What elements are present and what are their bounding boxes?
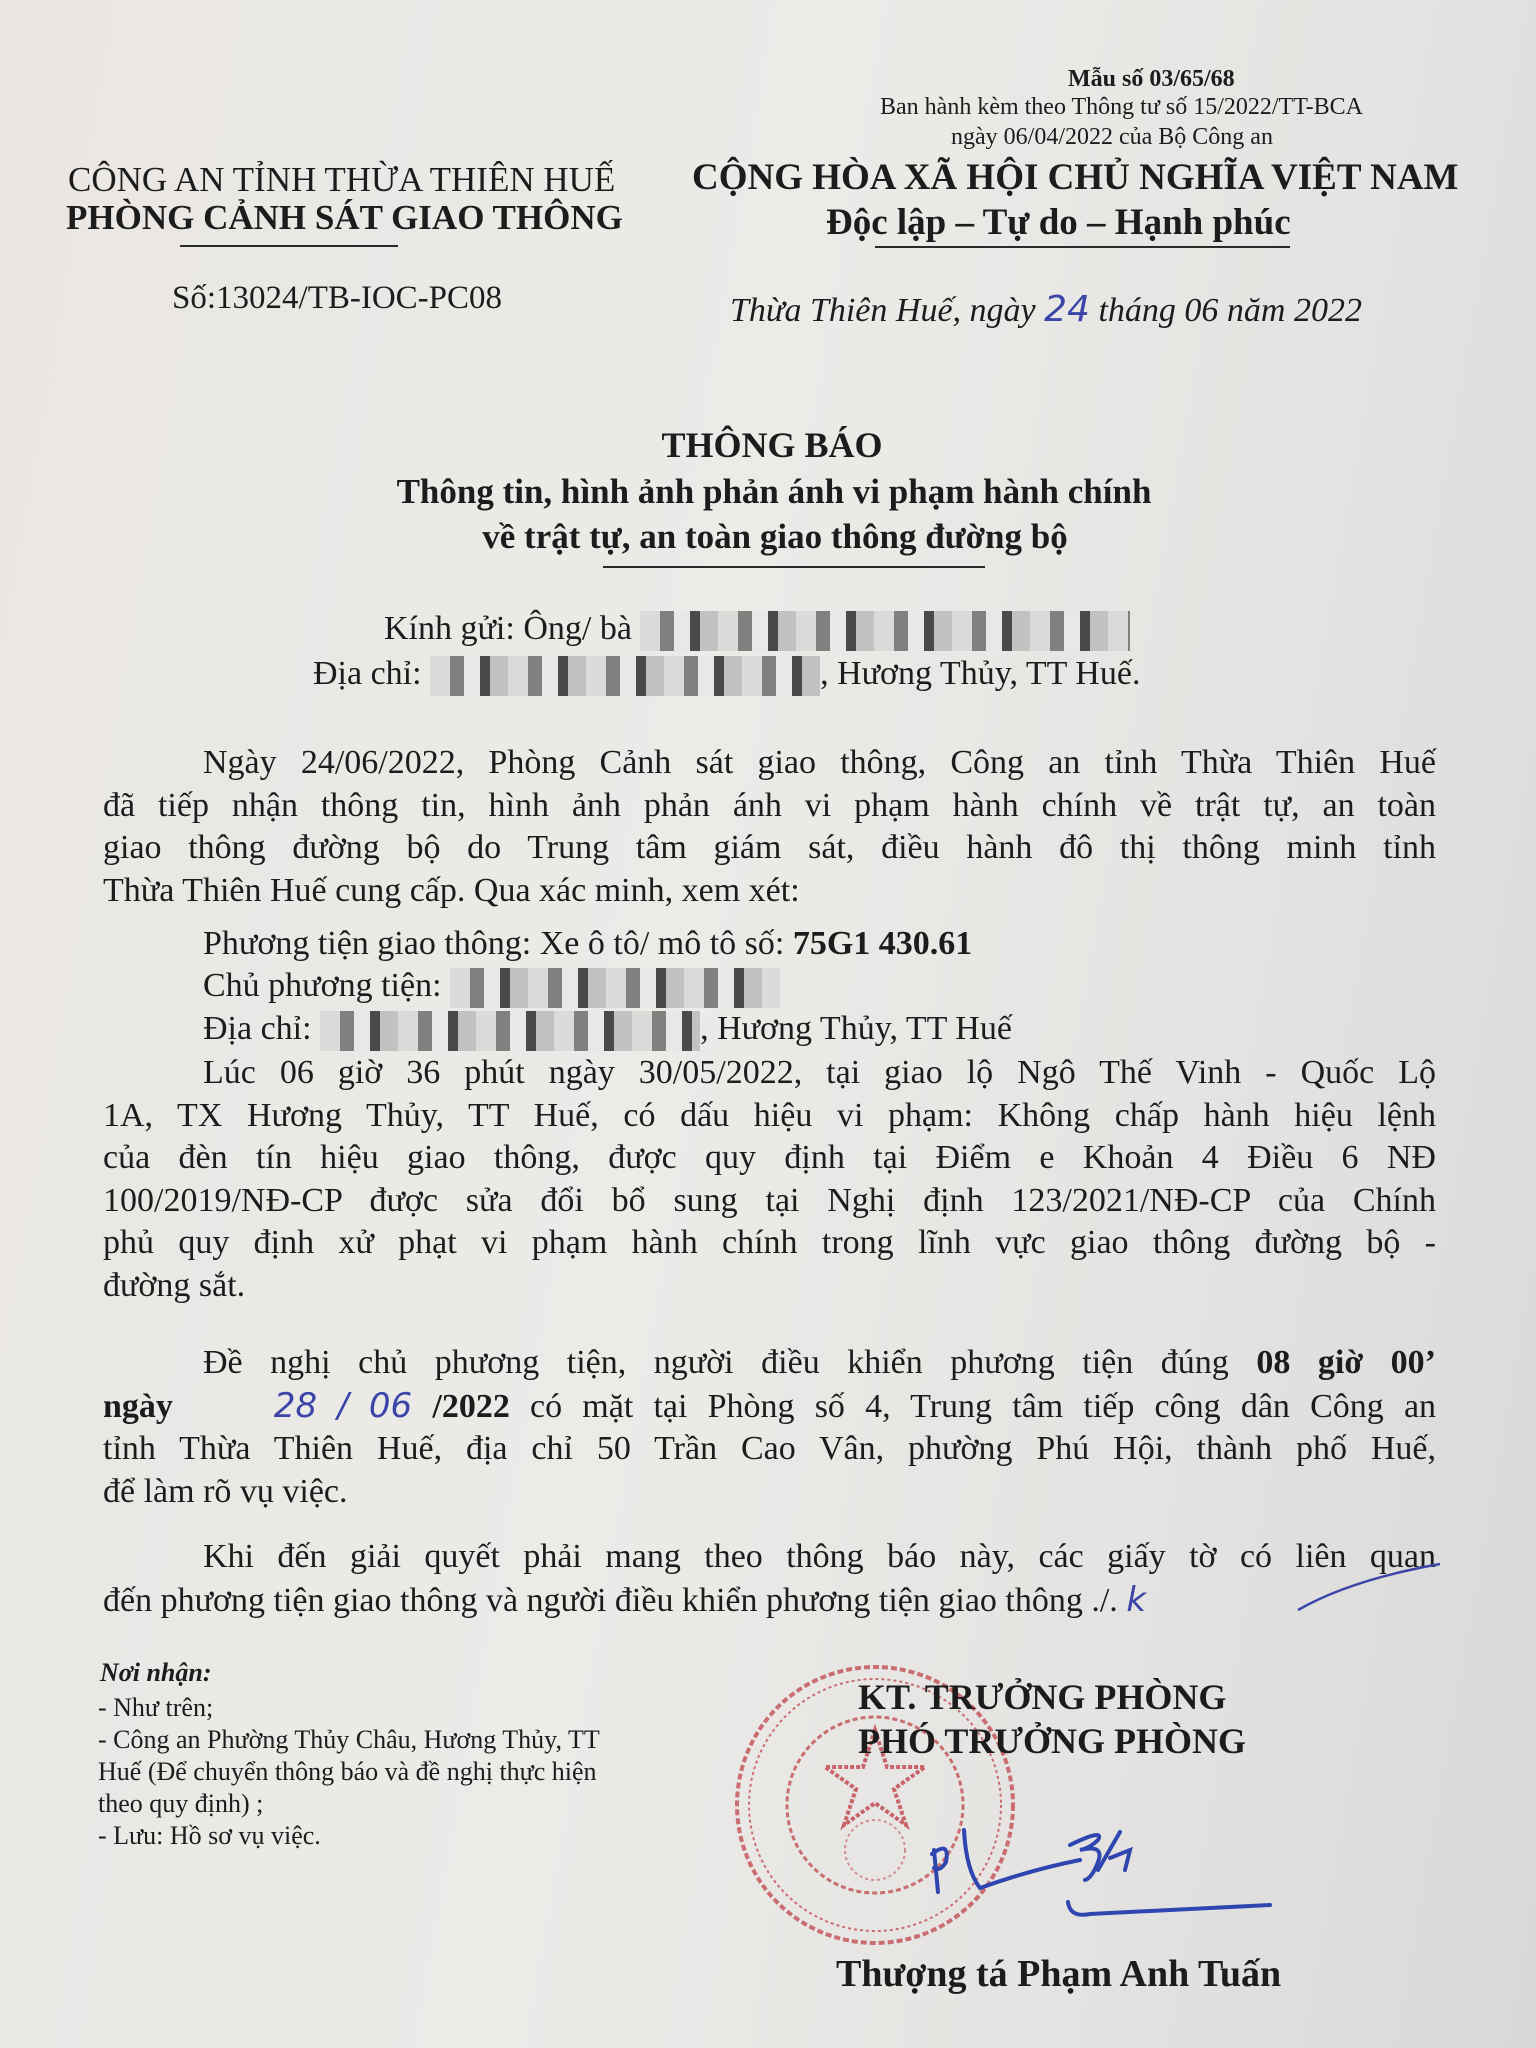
recipient-label: Kính gửi: Ông/ bà <box>384 610 632 647</box>
agency-underline <box>180 245 398 247</box>
checkmark-stroke-icon <box>1290 1560 1450 1620</box>
para1-line: giao thông đường bộ do Trung tâm giám sá… <box>103 827 1436 870</box>
handwritten-appointment-day: 28 <box>274 1386 317 1426</box>
redacted-owner-address <box>320 1011 700 1051</box>
place-date-suffix: tháng 06 năm 2022 <box>1098 292 1362 329</box>
owner-address-label: Địa chỉ: <box>203 1010 312 1047</box>
redacted-owner-name <box>450 968 780 1008</box>
address-suffix: , Hương Thủy, TT Huế. <box>820 655 1140 692</box>
recipients-heading: Nơi nhận: <box>100 1658 212 1688</box>
para3-line: Đề nghị chủ phương tiện, người điều khiể… <box>103 1342 1436 1385</box>
owner-address-suffix: , Hương Thủy, TT Huế <box>700 1010 1012 1047</box>
para1-line: Ngày 24/06/2022, Phòng Cảnh sát giao thô… <box>103 742 1436 785</box>
redacted-recipient-name <box>640 611 1130 651</box>
place-date-prefix: Thừa Thiên Huế, ngày <box>730 292 1036 329</box>
signature-title-2: PHÓ TRƯỞNG PHÒNG <box>858 1720 1246 1762</box>
vehicle-label: Phương tiện giao thông: Xe ô tô/ mô tô s… <box>203 925 784 962</box>
vehicle-plate: 75G1 430.61 <box>793 925 972 962</box>
motto-underline <box>875 246 1290 248</box>
para3-line: ngày 28 / 06 /2022 có mặt tại Phòng số 4… <box>103 1385 1436 1429</box>
recipient-item: - Công an Phường Thủy Châu, Hương Thủy, … <box>98 1724 600 1756</box>
recipients-list: - Như trên; - Công an Phường Thủy Châu, … <box>98 1692 600 1852</box>
agency-parent: CÔNG AN TỈNH THỪA THIÊN HUẾ <box>68 160 615 200</box>
owner-label: Chủ phương tiện: <box>203 967 442 1004</box>
recipient-item: - Như trên; <box>98 1692 600 1724</box>
agency-name: PHÒNG CẢNH SÁT GIAO THÔNG <box>66 198 623 238</box>
handwritten-signature-icon <box>920 1810 1280 1930</box>
signer-name: Thượng tá Phạm Anh Tuấn <box>836 1952 1281 1996</box>
title-underline <box>603 566 985 568</box>
notice-title: THÔNG BÁO <box>0 424 1536 466</box>
handwritten-day: 24 <box>1044 289 1090 330</box>
para2-line: đường sắt. <box>103 1265 1436 1308</box>
issued-with: Ban hành kèm theo Thông tư số 15/2022/TT… <box>880 94 1363 121</box>
para1-line: Thừa Thiên Huế cung cấp. Qua xác minh, x… <box>103 870 1436 913</box>
form-code: Mẫu số 03/65/68 <box>1068 66 1235 93</box>
address-label: Địa chỉ: <box>313 655 422 692</box>
owner-address-line: Địa chỉ: , Hương Thủy, TT Huế <box>203 1010 1012 1051</box>
national-motto: Độc lập – Tự do – Hạnh phúc <box>826 201 1291 244</box>
para2-line: 100/2019/NĐ-CP được sửa đổi bổ sung tại … <box>103 1180 1436 1223</box>
para4-line: Khi đến giải quyết phải mang theo thông … <box>103 1536 1436 1579</box>
para2-line: Lúc 06 giờ 36 phút ngày 30/05/2022, tại … <box>103 1052 1436 1095</box>
recipient-item: theo quy định) ; <box>98 1788 600 1820</box>
recipient-address-line: Địa chỉ: , Hương Thủy, TT Huế. <box>313 655 1140 696</box>
notice-subtitle-1: Thông tin, hình ảnh phản ánh vi phạm hàn… <box>0 472 1536 512</box>
para4-line: đến phương tiện giao thông và người điều… <box>103 1579 1436 1623</box>
paragraph-instructions: Khi đến giải quyết phải mang theo thông … <box>103 1536 1436 1622</box>
para1-line: đã tiếp nhận thông tin, hình ảnh phản án… <box>103 785 1436 828</box>
paragraph-violation: Lúc 06 giờ 36 phút ngày 30/05/2022, tại … <box>103 1052 1436 1307</box>
recipient-item: - Lưu: Hồ sơ vụ việc. <box>98 1820 600 1852</box>
para3-line: tỉnh Thừa Thiên Huế, địa chỉ 50 Trần Cao… <box>103 1428 1436 1471</box>
place-date: Thừa Thiên Huế, ngày 24 tháng 06 năm 202… <box>730 289 1362 330</box>
handwritten-appointment-month: 06 <box>369 1386 412 1426</box>
recipient-item: Huế (Để chuyển thông báo và đề nghị thực… <box>98 1756 600 1788</box>
para2-line: của đèn tín hiệu giao thông, được quy đị… <box>103 1137 1436 1180</box>
paragraph-summons: Đề nghị chủ phương tiện, người điều khiể… <box>103 1342 1436 1513</box>
vehicle-line: Phương tiện giao thông: Xe ô tô/ mô tô s… <box>203 925 972 963</box>
notice-subtitle-2: về trật tự, an toàn giao thông đường bộ <box>0 517 1536 557</box>
owner-line: Chủ phương tiện: <box>203 967 780 1008</box>
document-number: Số:13024/TB-IOC-PC08 <box>172 280 502 317</box>
para3-line: để làm rõ vụ việc. <box>103 1471 1436 1514</box>
paragraph-reception: Ngày 24/06/2022, Phòng Cảnh sát giao thô… <box>103 742 1436 912</box>
country-name: CỘNG HÒA XÃ HỘI CHỦ NGHĨA VIỆT NAM <box>692 156 1458 199</box>
signature-title-1: KT. TRƯỞNG PHÒNG <box>858 1676 1226 1718</box>
handwritten-initial-mark: k <box>1126 1580 1146 1620</box>
redacted-recipient-address <box>430 656 820 696</box>
recipient-line: Kính gửi: Ông/ bà <box>384 610 1130 651</box>
para2-line: phủ quy định xử phạt vi phạm hành chính … <box>103 1222 1436 1265</box>
para2-line: 1A, TX Hương Thủy, TT Huế, có dấu hiệu v… <box>103 1095 1436 1138</box>
issued-date: ngày 06/04/2022 của Bộ Công an <box>951 124 1273 151</box>
